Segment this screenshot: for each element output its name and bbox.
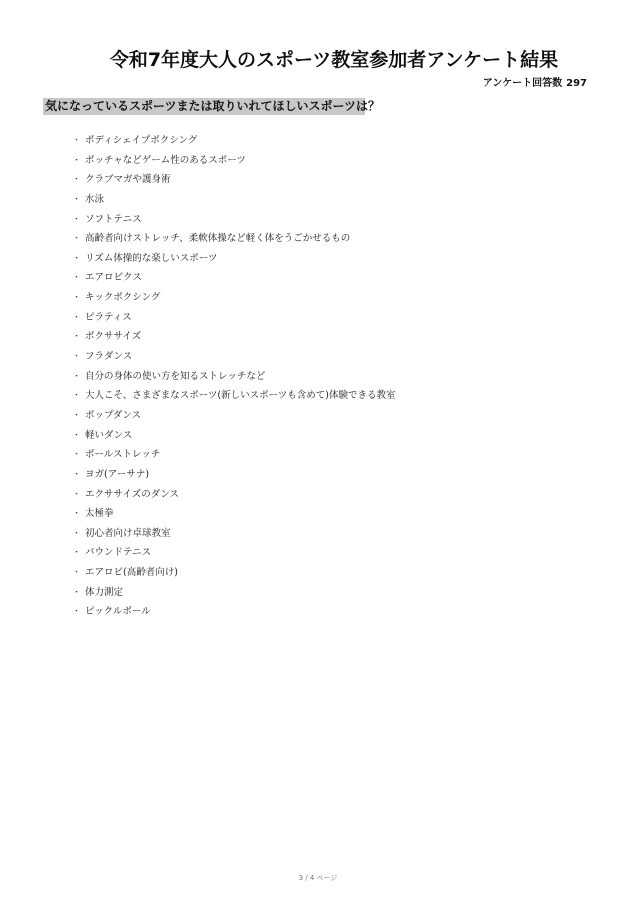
list-item: ・キックボクシング [72, 291, 395, 311]
bullet-icon: ・ [72, 586, 85, 600]
respondent-count-label: アンケート回答数 [483, 78, 562, 89]
list-item: ・ソフトテニス [72, 213, 395, 233]
answer-text: ボールストレッチ [85, 448, 160, 462]
bullet-icon: ・ [72, 527, 85, 541]
bullet-icon: ・ [72, 154, 85, 168]
answer-text: ソフトテニス [85, 213, 142, 227]
list-item: ・ヨガ(アーサナ) [72, 468, 395, 488]
bullet-icon: ・ [72, 252, 85, 266]
list-item: ・バウンドテニス [72, 546, 395, 566]
answer-text: ボディシェイプボクシング [85, 134, 197, 148]
list-item: ・ボッチャなどゲーム性のあるスポーツ [72, 154, 395, 174]
bullet-icon: ・ [72, 330, 85, 344]
list-item: ・ピックルボール [72, 605, 395, 625]
list-item: ・ポップダンス [72, 409, 395, 429]
answer-text: 大人こそ、さまざまなスポーツ(新しいスポーツも含めて)体験できる教室 [85, 389, 395, 403]
respondent-count: アンケート回答数297 [483, 74, 587, 89]
list-item: ・ピラティス [72, 311, 395, 331]
list-item: ・クラブマガや護身術 [72, 173, 395, 193]
answer-text: 太極拳 [85, 507, 114, 521]
page-title: 令和7年度大人のスポーツ教室参加者アンケート結果 [0, 45, 636, 72]
answer-text: キックボクシング [85, 291, 160, 305]
question-heading: 気になっているスポーツまたは取りいれてほしいスポーツは？ [43, 98, 365, 115]
bullet-icon: ・ [72, 173, 85, 187]
answer-text: フラダンス [85, 350, 132, 364]
bullet-icon: ・ [72, 232, 85, 246]
respondent-count-value: 297 [566, 78, 587, 89]
list-item: ・エアロビクス [72, 271, 395, 291]
answer-text: 軽いダンス [85, 429, 132, 443]
answer-text: エアロビクス [85, 271, 142, 285]
answer-text: リズム体操的な楽しいスポーツ [85, 252, 217, 266]
answer-text: 自分の身体の使い方を知るストレッチなど [85, 370, 265, 384]
bullet-icon: ・ [72, 546, 85, 560]
list-item: ・自分の身体の使い方を知るストレッチなど [72, 370, 395, 390]
answer-text: ヨガ(アーサナ) [85, 468, 149, 482]
answer-text: 高齢者向けストレッチ、柔軟体操など軽く体をうごかせるもの [85, 232, 350, 246]
answer-text: ボッチャなどゲーム性のあるスポーツ [85, 154, 246, 168]
bullet-icon: ・ [72, 350, 85, 364]
bullet-icon: ・ [72, 448, 85, 462]
list-item: ・軽いダンス [72, 429, 395, 449]
list-item: ・フラダンス [72, 350, 395, 370]
list-item: ・ボディシェイプボクシング [72, 134, 395, 154]
list-item: ・体力測定 [72, 586, 395, 606]
list-item: ・太極拳 [72, 507, 395, 527]
answer-text: ピックルボール [85, 605, 151, 619]
answer-list: ・ボディシェイプボクシング ・ボッチャなどゲーム性のあるスポーツ ・クラブマガや… [72, 134, 395, 625]
bullet-icon: ・ [72, 370, 85, 384]
bullet-icon: ・ [72, 429, 85, 443]
answer-text: バウンドテニス [85, 546, 151, 560]
list-item: ・エクササイズのダンス [72, 488, 395, 508]
list-item: ・水泳 [72, 193, 395, 213]
answer-text: 水泳 [85, 193, 104, 207]
bullet-icon: ・ [72, 566, 85, 580]
bullet-icon: ・ [72, 507, 85, 521]
answer-text: 体力測定 [85, 586, 123, 600]
bullet-icon: ・ [72, 271, 85, 285]
list-item: ・エアロビ(高齢者向け) [72, 566, 395, 586]
answer-text: 初心者向け卓球教室 [85, 527, 171, 541]
bullet-icon: ・ [72, 291, 85, 305]
bullet-icon: ・ [72, 409, 85, 423]
list-item: ・高齢者向けストレッチ、柔軟体操など軽く体をうごかせるもの [72, 232, 395, 252]
answer-text: ボクササイズ [85, 330, 141, 344]
answer-text: エアロビ(高齢者向け) [85, 566, 178, 580]
page-indicator: 3 / 4 ページ [0, 873, 636, 883]
bullet-icon: ・ [72, 311, 85, 325]
answer-text: エクササイズのダンス [85, 488, 179, 502]
list-item: ・ボクササイズ [72, 330, 395, 350]
bullet-icon: ・ [72, 389, 85, 403]
list-item: ・初心者向け卓球教室 [72, 527, 395, 547]
list-item: ・大人こそ、さまざまなスポーツ(新しいスポーツも含めて)体験できる教室 [72, 389, 395, 409]
list-item: ・ボールストレッチ [72, 448, 395, 468]
list-item: ・リズム体操的な楽しいスポーツ [72, 252, 395, 272]
answer-text: ポップダンス [85, 409, 141, 423]
bullet-icon: ・ [72, 134, 85, 148]
answer-text: ピラティス [85, 311, 132, 325]
bullet-icon: ・ [72, 488, 85, 502]
bullet-icon: ・ [72, 468, 85, 482]
bullet-icon: ・ [72, 193, 85, 207]
bullet-icon: ・ [72, 213, 85, 227]
bullet-icon: ・ [72, 605, 85, 619]
answer-text: クラブマガや護身術 [85, 173, 171, 187]
